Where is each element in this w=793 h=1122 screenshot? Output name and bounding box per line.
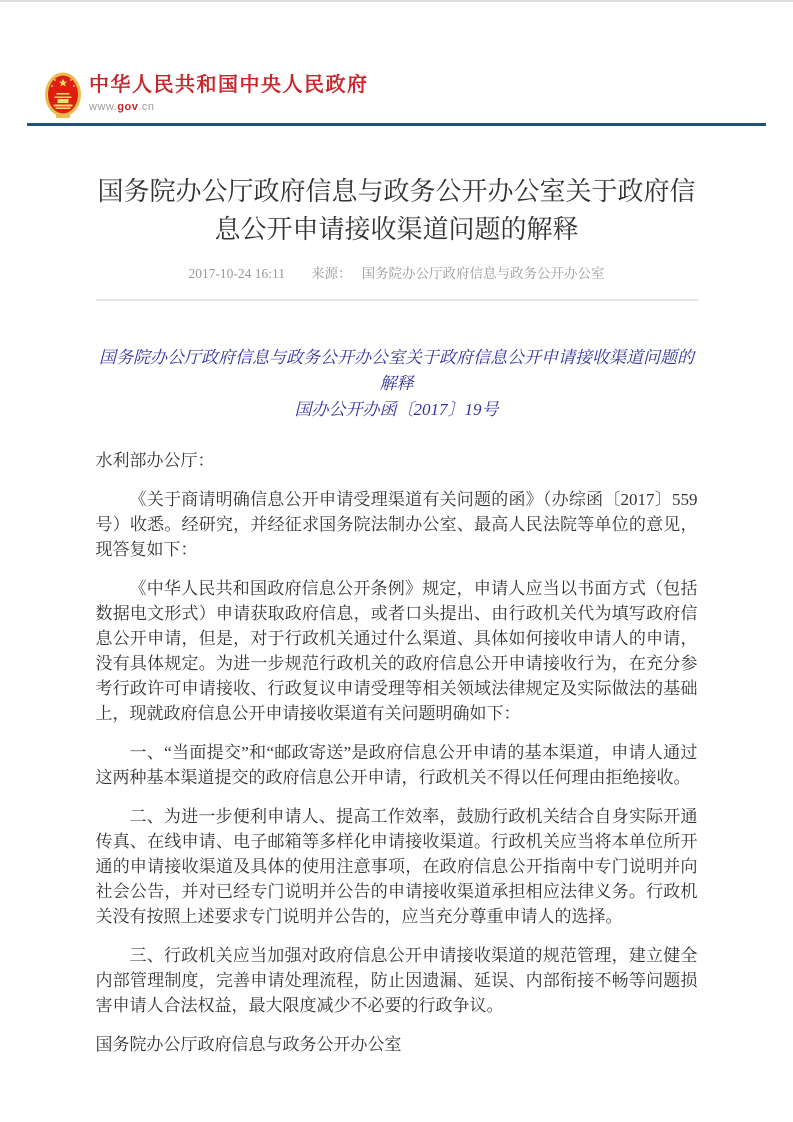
source-label: 来源：: [311, 266, 352, 281]
body-paragraph: 《中华人民共和国政府信息公开条例》规定，申请人应当以书面方式（包括数据电文形式）…: [96, 576, 698, 726]
signature: 国务院办公厅政府信息与政务公开办公室: [96, 1032, 698, 1057]
site-title: 中华人民共和国中央人民政府: [89, 73, 369, 97]
site-url: www.gov.cn: [89, 101, 369, 113]
body-paragraph: 《关于商请明确信息公开申请受理渠道有关问题的函》（办综函〔2017〕559号）收…: [96, 487, 698, 562]
source-name: 国务院办公厅政府信息与政务公开办公室: [362, 266, 605, 281]
site-url-prefix: www.: [89, 101, 117, 113]
site-url-suffix: .cn: [138, 101, 154, 113]
header-divider: [27, 123, 766, 126]
document-heading-text: 国务院办公厅政府信息与政务公开办公室关于政府信息公开申请接收渠道问题的解释: [96, 345, 698, 397]
body-paragraph: 二、为进一步便利申请人、提高工作效率，鼓励行政机关结合自身实际开通传真、在线申请…: [96, 804, 698, 929]
article: 国务院办公厅政府信息与政务公开办公室关于政府信息公开申请接收渠道问题的解释 20…: [96, 172, 698, 1057]
document-body: 水利部办公厅： 《关于商请明确信息公开申请受理渠道有关问题的函》（办综函〔201…: [96, 448, 698, 1057]
brand-block: 中华人民共和国中央人民政府 www.gov.cn: [89, 72, 369, 113]
document-number: 国办公开办函〔2017〕19号: [96, 397, 698, 423]
body-paragraph: 一、“当面提交”和“邮政寄送”是政府信息公开申请的基本渠道，申请人通过这两种基本…: [96, 740, 698, 790]
site-header: 中华人民共和国中央人民政府 www.gov.cn: [0, 2, 793, 119]
publish-date: 2017-10-24 16:11: [188, 266, 285, 281]
site-logo[interactable]: [44, 72, 82, 119]
national-emblem-icon: [44, 72, 82, 119]
body-paragraph: 三、行政机关应当加强对政府信息公开申请接收渠道的规范管理，建立健全内部管理制度，…: [96, 943, 698, 1018]
salutation: 水利部办公厅：: [96, 448, 698, 473]
article-meta: 2017-10-24 16:11来源：国务院办公厅政府信息与政务公开办公室: [96, 265, 698, 283]
document-heading: 国务院办公厅政府信息与政务公开办公室关于政府信息公开申请接收渠道问题的解释 国办…: [96, 345, 698, 423]
site-url-highlight: gov: [117, 101, 138, 113]
article-title: 国务院办公厅政府信息与政务公开办公室关于政府信息公开申请接收渠道问题的解释: [96, 172, 698, 248]
meta-divider: [96, 299, 698, 301]
